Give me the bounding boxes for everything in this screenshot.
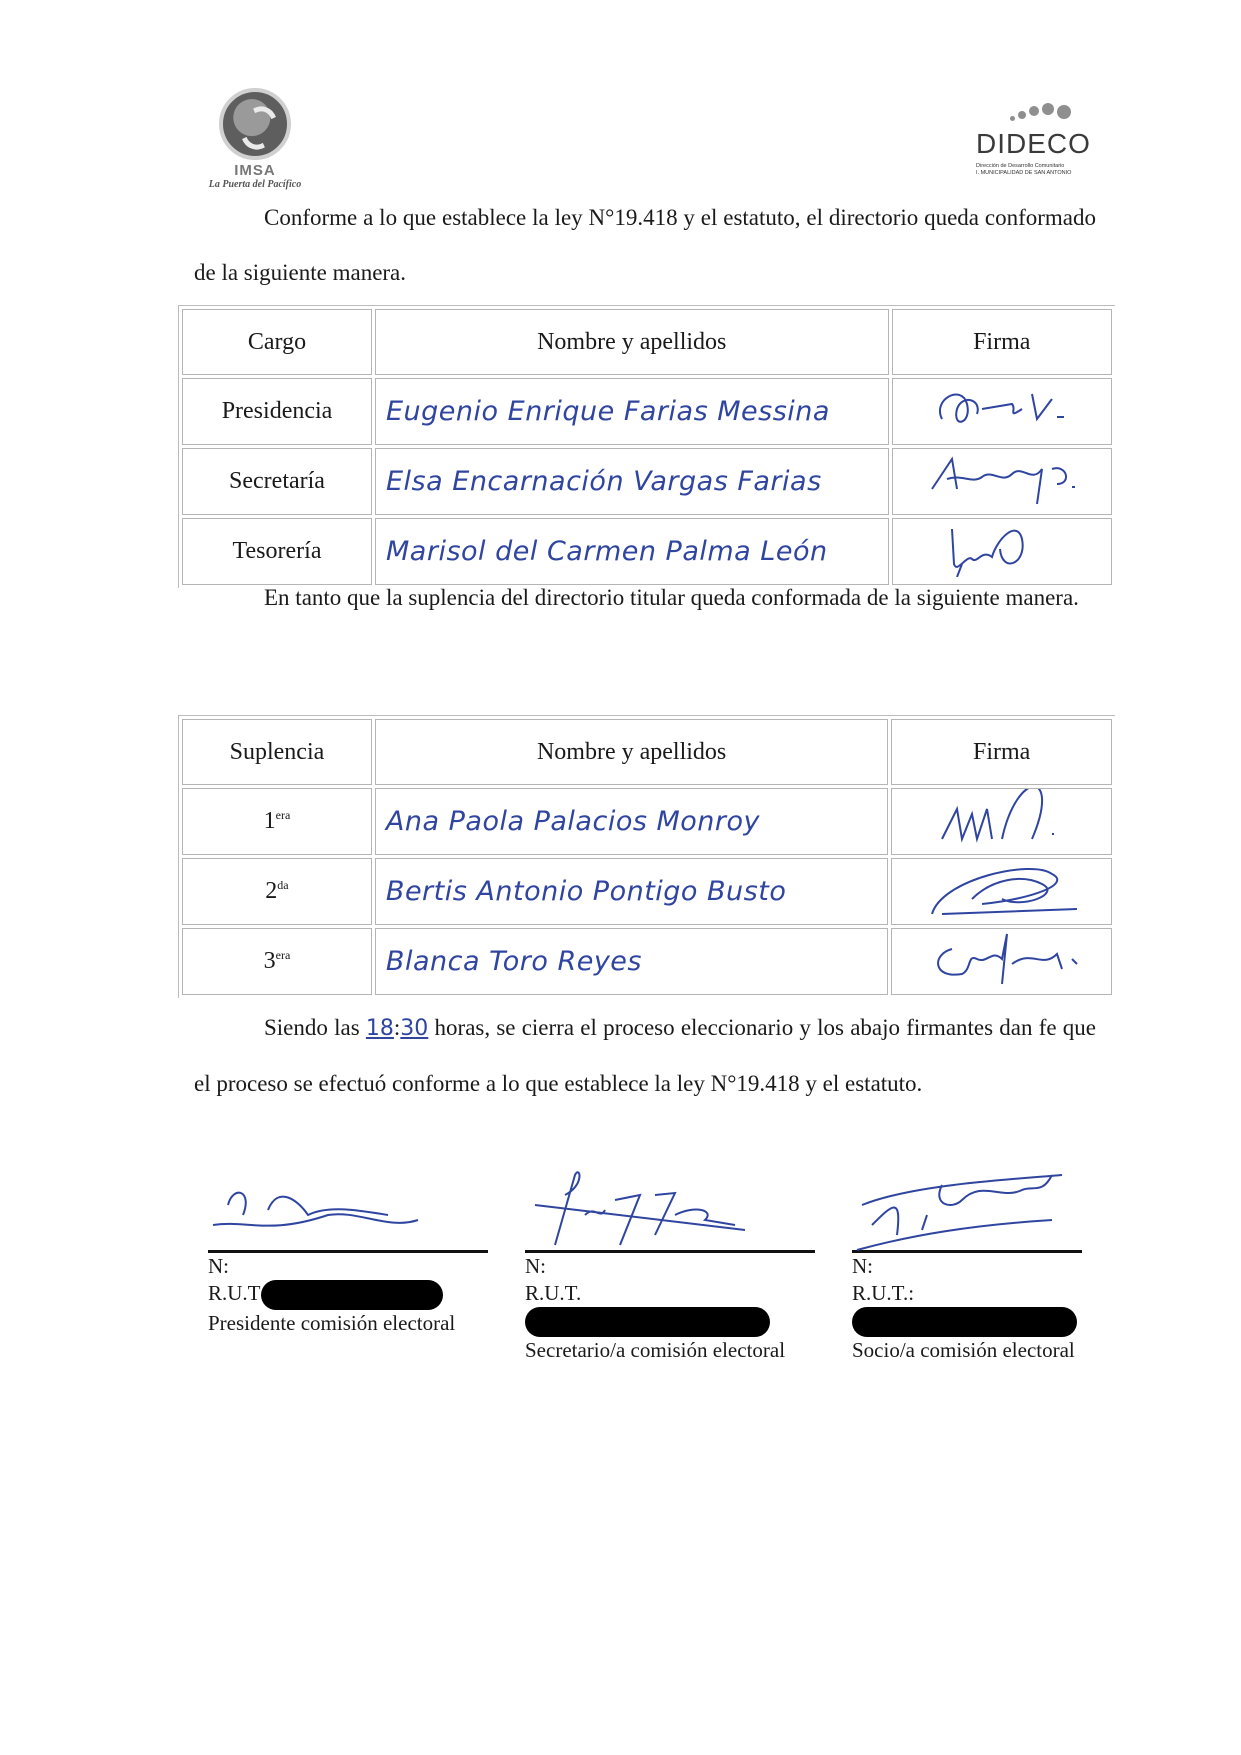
suplencia-number: 2da (182, 858, 372, 925)
signature-icon (922, 859, 1082, 917)
document-page: IMSA La Puerta del Pacífico DIDECO Direc… (0, 0, 1241, 1755)
name-handwritten: Eugenio Enrique Farias Messina (386, 396, 830, 427)
role-label: Presidente comisión electoral (208, 1310, 488, 1337)
directorio-table: Cargo Nombre y apellidos Firma Presidenc… (178, 305, 1115, 588)
table-row: 2da Bertis Antonio Pontigo Busto (182, 858, 1112, 925)
closing-prefix: Siendo las (264, 1015, 360, 1040)
signatory-presidente: N: R.U.T Presidente comisión electoral (208, 1250, 488, 1337)
rut-redacted (852, 1307, 1077, 1337)
dideco-logo: DIDECO Dirección de Desarrollo Comunitar… (968, 100, 1108, 180)
suplencia-table: Suplencia Nombre y apellidos Firma 1era … (178, 715, 1115, 998)
intro-paragraph: Conforme a lo que establece la ley N°19.… (194, 190, 1096, 300)
dideco-subtitle: Dirección de Desarrollo Comunitario I. M… (976, 163, 1071, 177)
signature-icon (852, 1165, 1112, 1255)
table-row: Presidencia Eugenio Enrique Farias Messi… (182, 378, 1112, 445)
signature-icon (922, 789, 1082, 847)
rut-label: R.U.T (208, 1281, 261, 1305)
suplencia-text: En tanto que la suplencia del directorio… (264, 585, 1079, 610)
suplencia-paragraph: En tanto que la suplencia del directorio… (194, 570, 1096, 625)
name-handwritten: Blanca Toro Reyes (386, 946, 642, 977)
role-label: Socio/a comisión electoral (852, 1337, 1132, 1364)
imsa-logo: IMSA La Puerta del Pacífico (190, 88, 320, 198)
rut-label: R.U.T.: (852, 1281, 914, 1305)
imsa-motto: La Puerta del Pacífico (190, 179, 320, 190)
name-handwritten: Bertis Antonio Pontigo Busto (386, 876, 786, 907)
signatory-socio: N: R.U.T.: Socio/a comisión electoral (852, 1250, 1132, 1364)
suplencia-number: 3era (182, 928, 372, 995)
name-handwritten: Ana Paola Palacios Monroy (386, 806, 760, 837)
rut-redacted (525, 1307, 770, 1337)
name-handwritten: Elsa Encarnación Vargas Farias (386, 466, 822, 497)
dideco-dots-icon (1010, 100, 1080, 124)
header-suplencia: Suplencia (182, 719, 372, 785)
table-row: Secretaría Elsa Encarnación Vargas Faria… (182, 448, 1112, 515)
signature-icon (922, 449, 1082, 507)
header-nombre: Nombre y apellidos (375, 309, 889, 375)
rut-label: R.U.T. (525, 1281, 581, 1305)
signatory-secretario: N: R.U.T. Secretario/a comisión electora… (525, 1250, 815, 1364)
signature-icon (922, 379, 1082, 437)
header-cargo: Cargo (182, 309, 372, 375)
table-header-row: Cargo Nombre y apellidos Firma (182, 309, 1112, 375)
rut-redacted (261, 1280, 443, 1310)
table-header-row: Suplencia Nombre y apellidos Firma (182, 719, 1112, 785)
signature-icon (922, 929, 1082, 987)
n-label: N: (208, 1253, 488, 1280)
imsa-logo-icon (219, 88, 291, 160)
signature-icon (525, 1165, 785, 1255)
name-handwritten: Marisol del Carmen Palma León (386, 536, 828, 567)
dideco-name: DIDECO (976, 128, 1091, 160)
table-row: 1era Ana Paola Palacios Monroy (182, 788, 1112, 855)
header-firma: Firma (891, 719, 1112, 785)
suplencia-number: 1era (182, 788, 372, 855)
role-label: Secretario/a comisión electoral (525, 1337, 815, 1364)
table-row: 3era Blanca Toro Reyes (182, 928, 1112, 995)
cargo-cell: Secretaría (182, 448, 372, 515)
cargo-cell: Presidencia (182, 378, 372, 445)
closing-minute: 30 (400, 1016, 428, 1041)
closing-paragraph: Siendo las 18:30 horas, se cierra el pro… (194, 1000, 1096, 1111)
signature-icon (922, 519, 1082, 577)
header-nombre: Nombre y apellidos (375, 719, 888, 785)
closing-hour: 18 (366, 1016, 394, 1041)
intro-text: Conforme a lo que establece la ley N°19.… (194, 205, 1096, 285)
imsa-name: IMSA (190, 162, 320, 179)
header-firma: Firma (892, 309, 1113, 375)
dideco-subtitle-line2: I. MUNICIPALIDAD DE SAN ANTONIO (976, 170, 1071, 177)
n-label: N: (525, 1253, 815, 1280)
n-label: N: (852, 1253, 1132, 1280)
signature-icon (208, 1165, 468, 1255)
dideco-subtitle-line1: Dirección de Desarrollo Comunitario (976, 163, 1071, 170)
